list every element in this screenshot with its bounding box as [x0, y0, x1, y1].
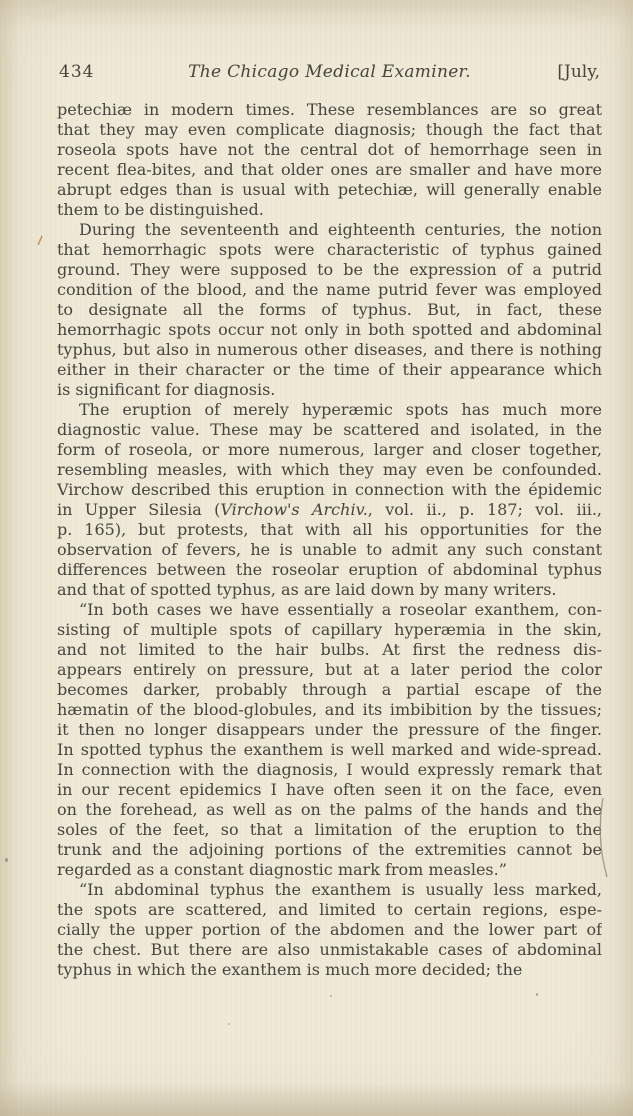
- text-line: In connection with the diagnosis, I woul…: [57, 760, 602, 780]
- text-line: form of roseola, or more numerous, large…: [57, 440, 602, 460]
- text-line: recent flea-bites, and that older ones a…: [57, 160, 602, 180]
- paragraph: During the seventeenth and eighteenth ce…: [57, 220, 602, 400]
- text-line: p. 165), but protests, that with all his…: [57, 520, 602, 540]
- page-body: petechiæ in modern times. These resembla…: [57, 100, 602, 980]
- text-line: trunk and the adjoining portions of the …: [57, 840, 602, 860]
- text-line: hæmatin of the blood-globules, and its i…: [57, 700, 602, 720]
- text-line: the spots are scattered, and limited to …: [57, 900, 602, 920]
- text-line: “In both cases we have essentially a ros…: [57, 600, 602, 620]
- text-line: hemorrhagic spots occur not only in both…: [57, 320, 602, 340]
- scanned-book-page: 434 The Chicago Medical Examiner. [July,…: [0, 0, 633, 1116]
- text-line: roseola spots have not the central dot o…: [57, 140, 602, 160]
- text-line: typhus, but also in numerous other disea…: [57, 340, 602, 360]
- paper-speck: [5, 858, 8, 862]
- paper-speck: [536, 993, 538, 996]
- journal-title: The Chicago Medical Examiner.: [57, 62, 602, 82]
- text-line: is significant for diagnosis.: [57, 380, 602, 400]
- text-line: in Upper Silesia (Virchow's Archiv., vol…: [57, 500, 602, 520]
- text-line: abrupt edges than is usual with petechiæ…: [57, 180, 602, 200]
- text-line: sisting of multiple spots of capillary h…: [57, 620, 602, 640]
- text-line: ground. They were supposed to be the exp…: [57, 260, 602, 280]
- running-head: 434 The Chicago Medical Examiner. [July,: [57, 62, 602, 84]
- text-line: In spotted typhus the exanthem is well m…: [57, 740, 602, 760]
- text-line: During the seventeenth and eighteenth ce…: [57, 220, 602, 240]
- paragraph: “In both cases we have essentially a ros…: [57, 600, 602, 880]
- text-line: cially the upper portion of the abdomen …: [57, 920, 602, 940]
- text-line: the chest. But there are also unmistakab…: [57, 940, 602, 960]
- text-line: typhus in which the exanthem is much mor…: [57, 960, 602, 980]
- issue-date: [July,: [557, 62, 600, 82]
- text-line: Virchow described this eruption in conne…: [57, 480, 602, 500]
- paragraph: petechiæ in modern times. These resembla…: [57, 100, 602, 220]
- paper-speck: [228, 1023, 230, 1025]
- text-line: The eruption of merely hyperæmic spots h…: [57, 400, 602, 420]
- text-line: differences between the roseolar eruptio…: [57, 560, 602, 580]
- page-content: 434 The Chicago Medical Examiner. [July,…: [57, 62, 602, 980]
- text-line: regarded as a constant diagnostic mark f…: [57, 860, 602, 880]
- text-line: to designate all the forms of typhus. Bu…: [57, 300, 602, 320]
- text-line: “In abdominal typhus the exanthem is usu…: [57, 880, 602, 900]
- text-line: diagnostic value. These may be scattered…: [57, 420, 602, 440]
- paragraph: “In abdominal typhus the exanthem is usu…: [57, 880, 602, 980]
- paragraph: The eruption of merely hyperæmic spots h…: [57, 400, 602, 600]
- text-line: that hemorrhagic spots were characterist…: [57, 240, 602, 260]
- text-line: condition of the blood, and the name put…: [57, 280, 602, 300]
- text-line: them to be distinguished.: [57, 200, 602, 220]
- text-line: either in their character or the time of…: [57, 360, 602, 380]
- text-line: observation of fevers, he is unable to a…: [57, 540, 602, 560]
- text-line: in our recent epidemics I have often see…: [57, 780, 602, 800]
- text-line: on the forehead, as well as on the palms…: [57, 800, 602, 820]
- paper-speck: [330, 995, 332, 997]
- text-line: petechiæ in modern times. These resembla…: [57, 100, 602, 120]
- text-line: it then no longer disappears under the p…: [57, 720, 602, 740]
- text-line: and not limited to the hair bulbs. At fi…: [57, 640, 602, 660]
- text-line: and that of spotted typhus, as are laid …: [57, 580, 602, 600]
- text-line: appears entirely on pressure, but at a l…: [57, 660, 602, 680]
- text-line: resembling measles, with which they may …: [57, 460, 602, 480]
- text-line: that they may even complicate diagnosis;…: [57, 120, 602, 140]
- text-line: soles of the feet, so that a limitation …: [57, 820, 602, 840]
- text-line: becomes darker, probably through a parti…: [57, 680, 602, 700]
